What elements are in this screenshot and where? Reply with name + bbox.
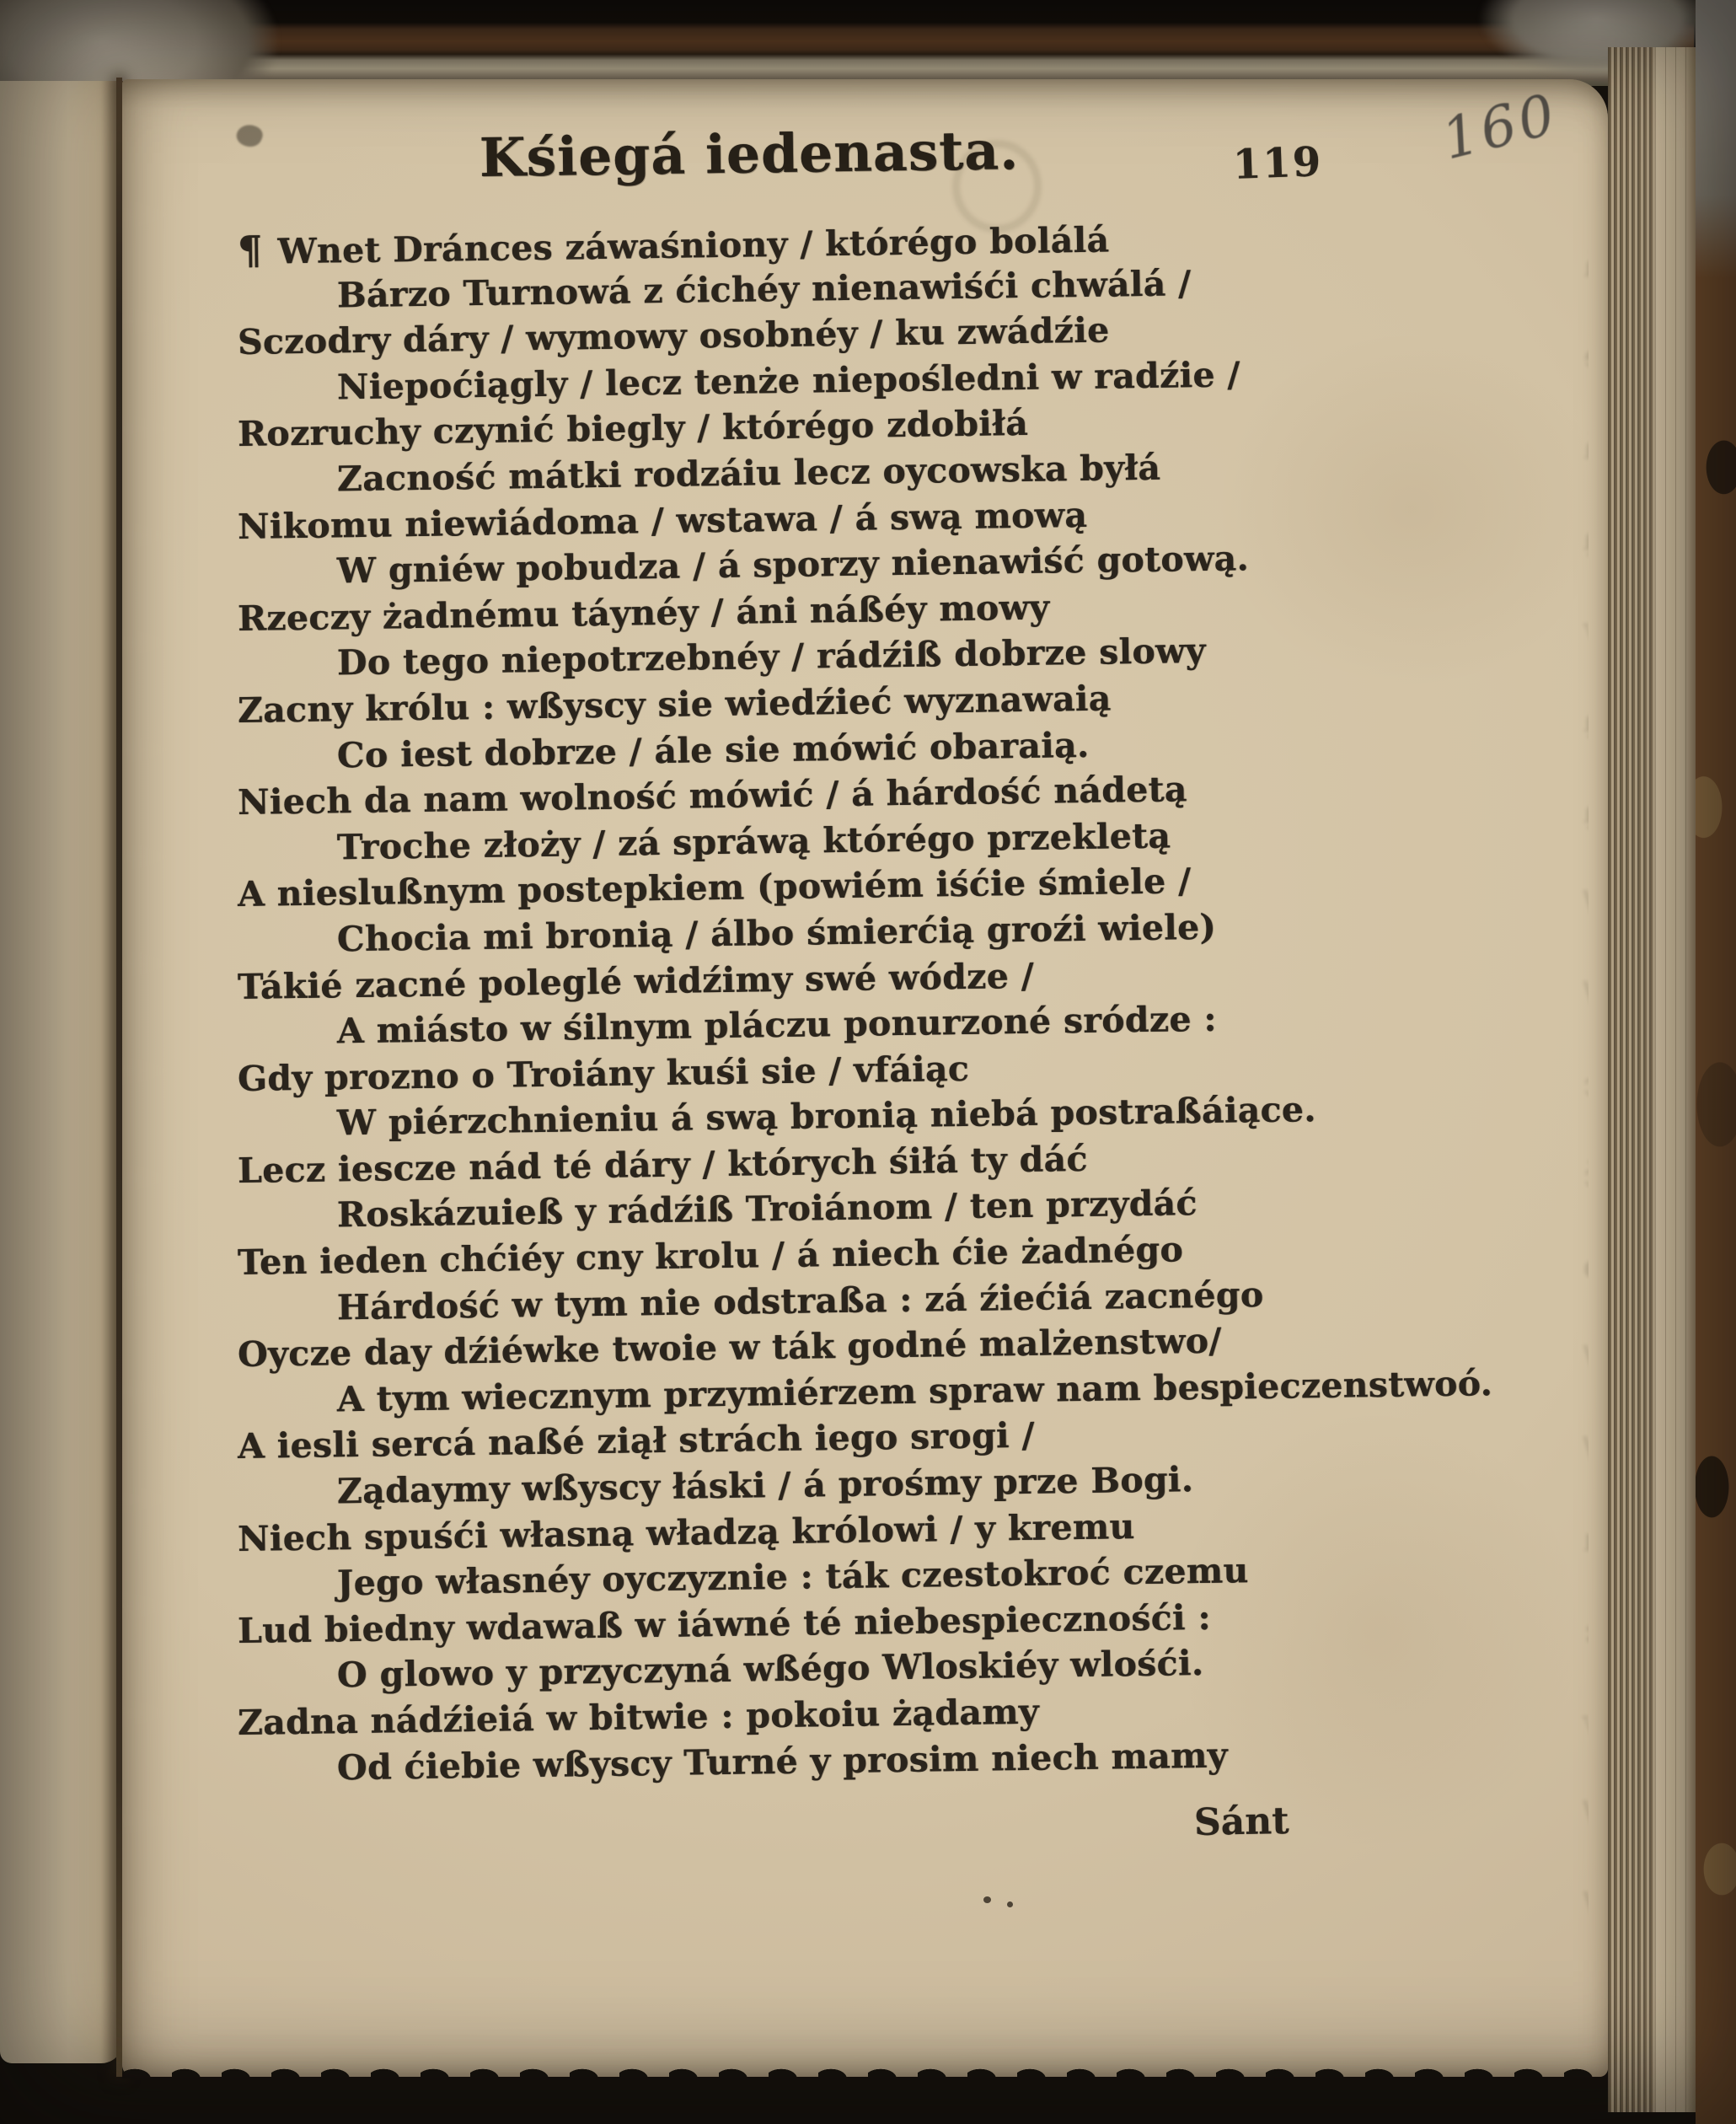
- book-page: Wnet Dránces záwaśniony / którégo bolálá…: [122, 79, 1608, 2077]
- page-title: Kśiegá iedenasta.: [479, 119, 1019, 189]
- ink-blot: [233, 121, 265, 151]
- showthrough-line: Zadna nádźieiá w bitwie : pokoiu żądamy: [1583, 1693, 1589, 1740]
- showthrough-line: Wnet Dránces záwaśniony / którégo bolálá: [1583, 237, 1589, 284]
- ink-dot: [1007, 1901, 1013, 1907]
- showthrough-line: Oycze day dźiéwke twoie w ták godné malż…: [1583, 1327, 1589, 1376]
- showthrough-line: Zacny królu : wßyscy sie wiedźieć wyznaw…: [1583, 691, 1589, 739]
- showthrough-line: Sczodry dáry / wymowy osobnéy / ku zwádź…: [1583, 327, 1589, 375]
- showthrough-line: A iesli sercá naßé ziął strách iego srog…: [1583, 1420, 1589, 1467]
- page-number: 119: [1232, 138, 1323, 189]
- facing-page-margin: [0, 81, 123, 2063]
- showthrough-line: Ten ieden chćiéy cny krolu / á niech ćie…: [1583, 1236, 1589, 1285]
- paragraph-mark-icon: ¶: [238, 228, 263, 273]
- fore-edge-leaf-stack: [1608, 47, 1696, 2112]
- showthrough-line: Niech spuśći własną władzą królowi / y k…: [1583, 1510, 1589, 1558]
- book-scan: Wnet Dránces záwaśniony / którégo bolálá…: [0, 0, 1736, 2124]
- catchword: Sánt: [1194, 1799, 1289, 1844]
- showthrough-line: A nieslußnym postepkiem (powiém iśćie śm…: [1583, 872, 1589, 921]
- showthrough-line: Niepoćiągly / lecz tenże niepośledni w r…: [1583, 1875, 1589, 1923]
- handwritten-folio-number: 160: [1436, 81, 1565, 172]
- deckle-edge: [122, 2060, 1608, 2078]
- showthrough-line: Rzeczy żadnému táynéy / áni náßéy mowy: [1583, 601, 1589, 648]
- showthrough-line: Bárzo Turnowá z ćichéy nienawiśći chwálá…: [1583, 1784, 1589, 1832]
- showthrough-line: Tákié zacné poleglé widźimy swé wódze /: [1583, 965, 1589, 1012]
- showthrough-line: Lecz iescze nád té dáry / których śiłá t…: [1583, 1147, 1589, 1194]
- ink-dot: [983, 1896, 991, 1903]
- poem-text-block: ¶Wnet Dránces záwaśniony / którégo bolál…: [238, 228, 1485, 1792]
- gutter-shadow: [116, 78, 122, 2077]
- showthrough-line: Gdy prozno o Troiány kuśi sie / vfáiąc: [1583, 1057, 1589, 1103]
- showthrough-line: Lud biedny wdawaß w iáwné té niebespiecz…: [1583, 1601, 1589, 1649]
- showthrough-line: Niech da nam wolność mówić / á hárdość n…: [1583, 781, 1589, 830]
- marbled-board-edge: [1696, 0, 1736, 2124]
